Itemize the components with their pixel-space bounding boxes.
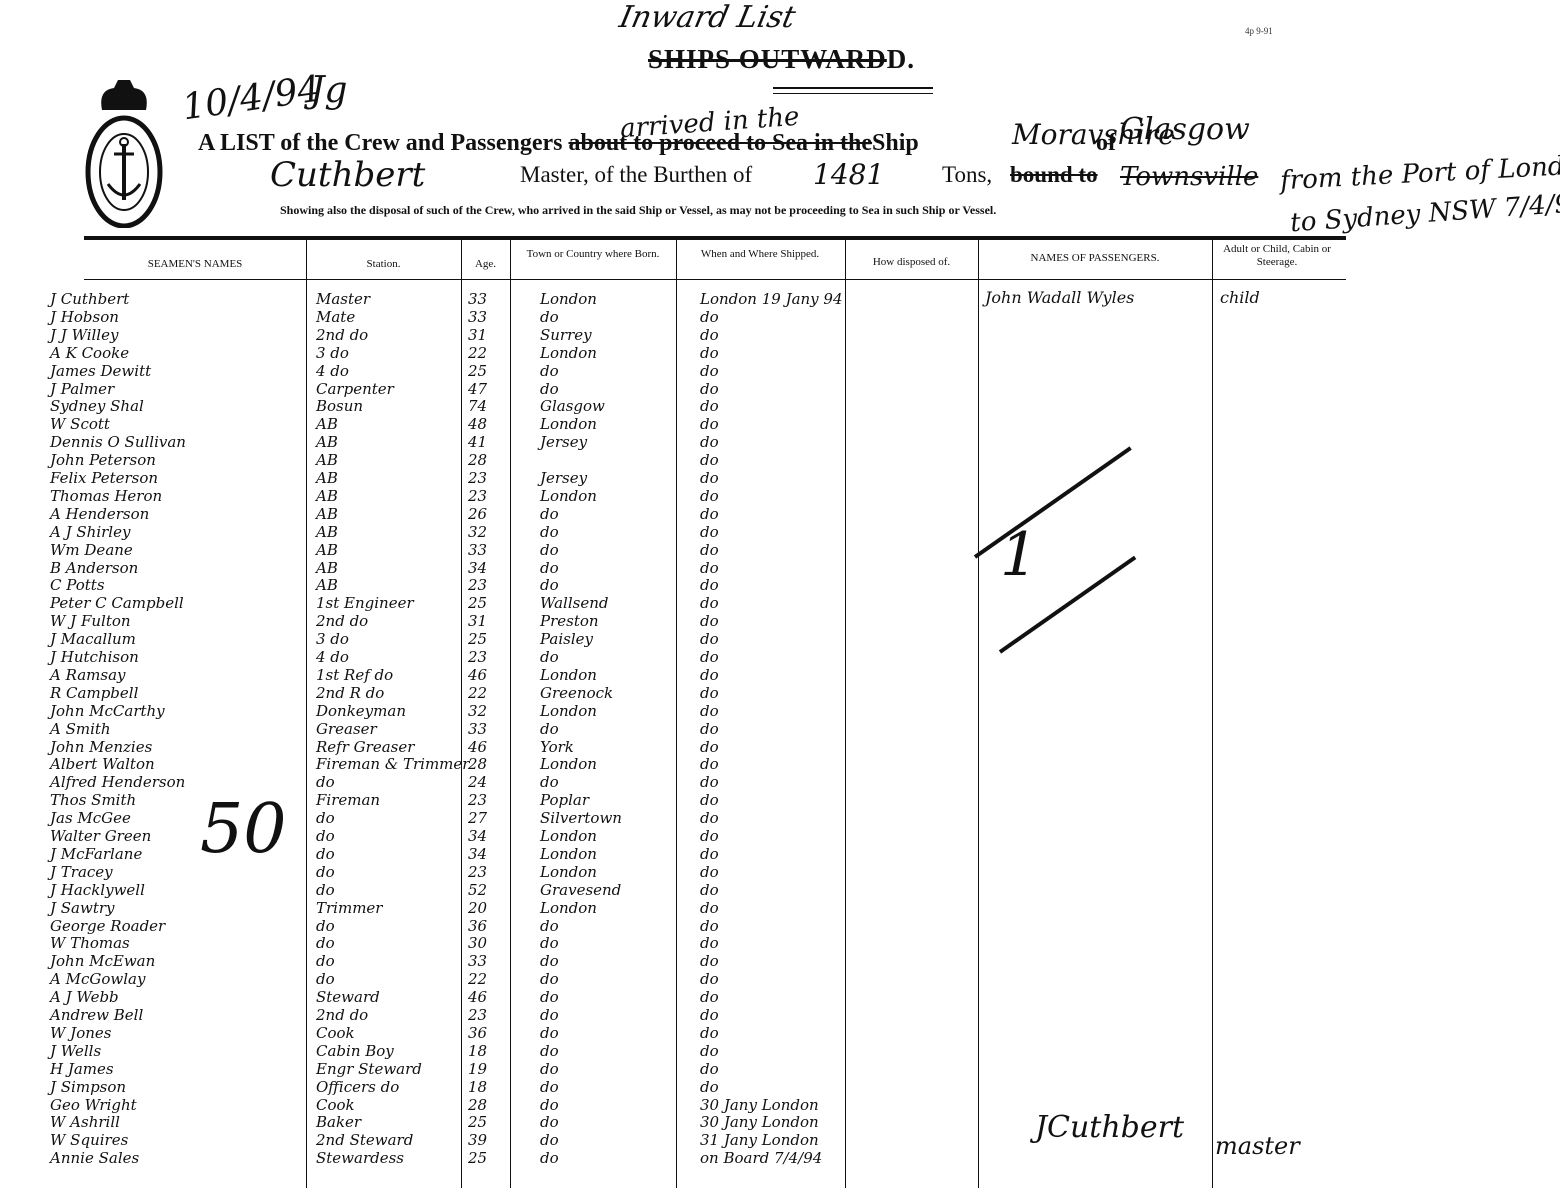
crew-shipped: do	[700, 881, 719, 899]
crew-born: York	[540, 738, 574, 756]
passenger-name: John Wadall Wyles	[985, 288, 1134, 307]
crew-name: W Jones	[50, 1024, 111, 1042]
heading-rule	[773, 87, 933, 94]
crew-shipped: do	[700, 899, 719, 917]
crew-shipped: do	[700, 755, 719, 773]
crew-shipped: do	[700, 433, 719, 451]
crew-name: Thos Smith	[50, 791, 136, 809]
crew-name: W Scott	[50, 415, 110, 433]
crew-age: 48	[468, 415, 487, 433]
crew-age: 23	[468, 469, 487, 487]
crew-born: do	[540, 541, 559, 559]
crew-station: do	[316, 863, 335, 881]
master-signature: Cuthbert	[270, 155, 425, 195]
crew-age: 25	[468, 630, 487, 648]
crew-shipped: do	[700, 934, 719, 952]
crew-name: J Macallum	[50, 630, 136, 648]
crew-station: 3 do	[316, 630, 349, 648]
crew-age: 22	[468, 970, 487, 988]
crew-name: W Squires	[50, 1131, 128, 1149]
column-divider	[510, 238, 511, 1188]
crew-shipped: London 19 Jany 94	[700, 290, 843, 308]
crew-name: Sydney Shal	[50, 397, 144, 415]
crew-age: 52	[468, 881, 487, 899]
crew-name: W Ashrill	[50, 1113, 120, 1131]
destination-struck: Townsville	[1120, 162, 1258, 192]
crew-name: James Dewitt	[50, 362, 151, 380]
crew-born: do	[540, 1113, 559, 1131]
crew-age: 34	[468, 559, 487, 577]
crew-station: AB	[316, 576, 338, 594]
crew-station: 1st Ref do	[316, 666, 393, 684]
crew-name: J Tracey	[50, 863, 113, 881]
crew-name: Wm Deane	[50, 541, 133, 559]
crew-born: do	[540, 1131, 559, 1149]
crew-name: Albert Walton	[50, 755, 155, 773]
crew-born: do	[540, 952, 559, 970]
burthen-label: Master, of the Burthen of	[520, 162, 752, 188]
crew-station: do	[316, 827, 335, 845]
crew-shipped: do	[700, 845, 719, 863]
crew-shipped: do	[700, 988, 719, 1006]
crew-name: J Cuthbert	[50, 290, 129, 308]
crew-born: London	[540, 827, 597, 845]
crew-name: J Hacklywell	[50, 881, 145, 899]
crew-station: AB	[316, 487, 338, 505]
crew-shipped: do	[700, 720, 719, 738]
crew-born: Paisley	[540, 630, 593, 648]
crew-station: 2nd do	[316, 1006, 368, 1024]
crew-age: 31	[468, 612, 487, 630]
list-title-line: A LIST of the Crew and Passengers about …	[198, 130, 919, 157]
crew-age: 23	[468, 648, 487, 666]
crew-station: 4 do	[316, 648, 349, 666]
crew-born: do	[540, 648, 559, 666]
crew-shipped: do	[700, 773, 719, 791]
crew-station: do	[316, 970, 335, 988]
crew-born: London	[540, 487, 597, 505]
crew-name: John Peterson	[50, 451, 156, 469]
crew-shipped: do	[700, 344, 719, 362]
crew-station: AB	[316, 559, 338, 577]
column-divider	[845, 238, 846, 1188]
crew-born: do	[540, 1096, 559, 1114]
column-divider	[461, 238, 462, 1188]
crew-station: Bosun	[316, 397, 363, 415]
crew-shipped: do	[700, 576, 719, 594]
list-title-prefix: A LIST of the Crew and Passengers	[198, 130, 562, 156]
closing-signature: JCuthbert	[1035, 1110, 1184, 1145]
crew-age: 18	[468, 1042, 487, 1060]
crew-age: 33	[468, 308, 487, 326]
crew-shipped: do	[700, 362, 719, 380]
col-header-station: Station.	[306, 258, 461, 271]
crew-station: Officers do	[316, 1078, 399, 1096]
crew-station: 3 do	[316, 344, 349, 362]
crew-station: 2nd do	[316, 612, 368, 630]
crew-shipped: do	[700, 666, 719, 684]
cancel-stroke	[974, 446, 1132, 558]
crew-age: 47	[468, 380, 487, 398]
crew-shipped: do	[700, 1060, 719, 1078]
crew-station: Greaser	[316, 720, 377, 738]
crew-born: do	[540, 362, 559, 380]
crew-shipped: do	[700, 863, 719, 881]
crew-station: AB	[316, 505, 338, 523]
crew-age: 23	[468, 487, 487, 505]
passenger-type: child	[1220, 288, 1260, 307]
crew-shipped: do	[700, 541, 719, 559]
crew-age: 22	[468, 684, 487, 702]
crew-shipped: do	[700, 612, 719, 630]
crew-age: 24	[468, 773, 487, 791]
crew-name: Peter C Campbell	[50, 594, 184, 612]
column-divider	[306, 238, 307, 1188]
page-heading: SHIPS OUTWARDD.	[648, 44, 915, 75]
crew-name: A Henderson	[50, 505, 149, 523]
crew-name: Felix Peterson	[50, 469, 158, 487]
crew-station: 2nd do	[316, 326, 368, 344]
crew-name: John Menzies	[50, 738, 152, 756]
crew-name: George Roader	[50, 917, 165, 935]
of-label: of	[1096, 130, 1116, 157]
crew-name: J Simpson	[50, 1078, 126, 1096]
crew-age: 28	[468, 1096, 487, 1114]
crew-station: Baker	[316, 1113, 361, 1131]
crew-shipped: do	[700, 684, 719, 702]
crew-shipped: do	[700, 505, 719, 523]
col-header-age: Age.	[461, 258, 510, 271]
crew-station: AB	[316, 415, 338, 433]
crew-station: do	[316, 917, 335, 935]
crew-age: 30	[468, 934, 487, 952]
crew-born: do	[540, 773, 559, 791]
crew-born: do	[540, 1042, 559, 1060]
crew-age: 33	[468, 541, 487, 559]
crew-age: 23	[468, 1006, 487, 1024]
crew-shipped: do	[700, 648, 719, 666]
crew-shipped: do	[700, 952, 719, 970]
crew-age: 36	[468, 917, 487, 935]
crew-station: Donkeyman	[316, 702, 406, 720]
crew-born: London	[540, 290, 597, 308]
heading-struck: SHIPS OUTWARD	[648, 44, 887, 74]
crew-age: 23	[468, 576, 487, 594]
crew-station: Master	[316, 290, 370, 308]
crew-name: Thomas Heron	[50, 487, 162, 505]
crew-shipped: do	[700, 917, 719, 935]
crew-station: do	[316, 934, 335, 952]
crew-name: R Campbell	[50, 684, 138, 702]
crew-shipped: do	[700, 559, 719, 577]
crew-name: Jas McGee	[50, 809, 131, 827]
crew-station: Carpenter	[316, 380, 394, 398]
crew-born: London	[540, 899, 597, 917]
crew-station: Cook	[316, 1096, 355, 1114]
tally-mark: 1	[1000, 520, 1038, 590]
crew-born: do	[540, 720, 559, 738]
crew-shipped: do	[700, 469, 719, 487]
crew-age: 32	[468, 523, 487, 541]
col-header-passengers: NAMES OF PASSENGERS.	[978, 252, 1212, 265]
crew-born: London	[540, 702, 597, 720]
crew-age: 20	[468, 899, 487, 917]
crew-name: J J Willey	[50, 326, 118, 344]
crew-name: A J Webb	[50, 988, 119, 1006]
crew-age: 34	[468, 845, 487, 863]
crew-shipped: do	[700, 415, 719, 433]
crew-name: J Hobson	[50, 308, 119, 326]
crew-born: Greenock	[540, 684, 613, 702]
crew-age: 23	[468, 791, 487, 809]
crew-shipped: 30 Jany London	[700, 1113, 819, 1131]
crew-age: 34	[468, 827, 487, 845]
crew-station: Fireman	[316, 791, 380, 809]
crew-born: Jersey	[540, 469, 587, 487]
crew-age: 31	[468, 326, 487, 344]
crew-shipped: do	[700, 630, 719, 648]
to-port-note: to Sydney NSW 7/4/94	[1289, 188, 1560, 239]
crew-shipped: 31 Jany London	[700, 1131, 819, 1149]
crew-shipped: do	[700, 594, 719, 612]
crew-station: Refr Greaser	[316, 738, 414, 756]
crew-station: Cook	[316, 1024, 355, 1042]
crew-born: Gravesend	[540, 881, 621, 899]
crew-name: A Smith	[50, 720, 111, 738]
crew-name: C Potts	[50, 576, 105, 594]
crew-age: 46	[468, 988, 487, 1006]
crew-name: W Thomas	[50, 934, 130, 952]
crew-name: J Palmer	[50, 380, 114, 398]
column-divider	[1212, 238, 1213, 1188]
crew-shipped: do	[700, 523, 719, 541]
crew-born: do	[540, 970, 559, 988]
column-divider	[676, 238, 677, 1188]
list-title-struck: about to proceed to Sea in the	[568, 130, 872, 156]
col-header-disposed: How disposed of.	[845, 256, 978, 269]
crew-born: do	[540, 576, 559, 594]
crew-shipped: 30 Jany London	[700, 1096, 819, 1114]
heading-end: D.	[887, 44, 915, 74]
crew-age: 36	[468, 1024, 487, 1042]
crew-shipped: do	[700, 791, 719, 809]
crew-station: AB	[316, 433, 338, 451]
crew-born: Jersey	[540, 433, 587, 451]
crew-name: J Hutchison	[50, 648, 139, 666]
crew-name: W J Fulton	[50, 612, 131, 630]
crew-born: Surrey	[540, 326, 592, 344]
crew-born: do	[540, 988, 559, 1006]
crew-shipped: do	[700, 1042, 719, 1060]
crew-station: Engr Steward	[316, 1060, 422, 1078]
crew-station: Fireman & Trimmer	[316, 755, 469, 773]
crew-born: Glasgow	[540, 397, 605, 415]
crew-station: Trimmer	[316, 899, 382, 917]
crew-station: 4 do	[316, 362, 349, 380]
crew-born: do	[540, 917, 559, 935]
col-header-born: Town or Country where Born.	[525, 248, 661, 261]
crew-name: Annie Sales	[50, 1149, 139, 1167]
crew-name: A McGowlay	[50, 970, 145, 988]
crew-born: London	[540, 863, 597, 881]
crew-born: do	[540, 1078, 559, 1096]
crew-name: A J Shirley	[50, 523, 130, 541]
crew-name: Andrew Bell	[50, 1006, 143, 1024]
crew-born: London	[540, 755, 597, 773]
crew-age: 26	[468, 505, 487, 523]
handwritten-title: Inward List	[616, 0, 798, 35]
ship-label: Ship	[872, 130, 919, 156]
crew-station: Stewardess	[316, 1149, 404, 1167]
crew-born: Silvertown	[540, 809, 622, 827]
crew-station: 2nd R do	[316, 684, 384, 702]
crew-born: do	[540, 505, 559, 523]
crew-shipped: do	[700, 738, 719, 756]
crew-name: John McEwan	[50, 952, 155, 970]
crew-age: 32	[468, 702, 487, 720]
crew-station: Steward	[316, 988, 380, 1006]
col-header-shipped: When and Where Shipped.	[690, 248, 830, 261]
table-top-rule	[84, 236, 1346, 240]
crew-age: 25	[468, 362, 487, 380]
disposal-note: Showing also the disposal of such of the…	[280, 203, 996, 218]
crew-age: 25	[468, 1149, 487, 1167]
crew-station: 2nd Steward	[316, 1131, 413, 1149]
crew-shipped: do	[700, 397, 719, 415]
crew-name: J Sawtry	[50, 899, 115, 917]
crew-shipped: do	[700, 487, 719, 505]
crew-born: Wallsend	[540, 594, 609, 612]
crew-born: do	[540, 1024, 559, 1042]
crew-age: 25	[468, 1113, 487, 1131]
crew-name: Alfred Henderson	[50, 773, 185, 791]
crew-name: A Ramsay	[50, 666, 126, 684]
crew-born: do	[540, 1006, 559, 1024]
crew-station: do	[316, 845, 335, 863]
col-header-adult-child: Adult or Child, Cabin or Steerage.	[1215, 243, 1339, 269]
crew-shipped: do	[700, 326, 719, 344]
column-divider	[978, 238, 979, 1188]
crew-born: London	[540, 344, 597, 362]
crew-age: 39	[468, 1131, 487, 1149]
crew-age: 33	[468, 720, 487, 738]
crew-station: do	[316, 773, 335, 791]
crew-station: do	[316, 881, 335, 899]
crew-age: 28	[468, 451, 487, 469]
crew-station: AB	[316, 523, 338, 541]
crew-age: 28	[468, 755, 487, 773]
crew-born: London	[540, 845, 597, 863]
crew-age: 33	[468, 290, 487, 308]
clerk-initials: Jg	[310, 70, 347, 111]
crew-shipped: do	[700, 702, 719, 720]
shipping-masters-seal-icon	[84, 80, 164, 228]
crew-shipped: do	[700, 1078, 719, 1096]
crew-born: Preston	[540, 612, 599, 630]
crew-station: Mate	[316, 308, 355, 326]
from-port-note: from the Port of London	[1279, 150, 1560, 197]
col-header-seamen-names: SEAMEN'S NAMES	[84, 258, 306, 271]
crew-shipped: do	[700, 809, 719, 827]
crew-station: Cabin Boy	[316, 1042, 394, 1060]
crew-age: 33	[468, 952, 487, 970]
form-number: 4p 9-91	[1245, 26, 1273, 36]
crew-station: do	[316, 809, 335, 827]
crew-station: do	[316, 952, 335, 970]
crew-name: Walter Green	[50, 827, 151, 845]
crew-born: do	[540, 934, 559, 952]
crew-station: AB	[316, 451, 338, 469]
crew-name: John McCarthy	[50, 702, 165, 720]
crew-born: do	[540, 1060, 559, 1078]
crew-name: H James	[50, 1060, 114, 1078]
crew-shipped: do	[700, 970, 719, 988]
closing-role: master	[1215, 1132, 1300, 1160]
crew-name: Geo Wright	[50, 1096, 137, 1114]
crew-born: do	[540, 1149, 559, 1167]
crew-age: 46	[468, 738, 487, 756]
crew-shipped: do	[700, 1006, 719, 1024]
crew-age: 23	[468, 863, 487, 881]
crew-born: London	[540, 415, 597, 433]
home-port: Glasgow	[1120, 112, 1250, 147]
crew-shipped: do	[700, 380, 719, 398]
crew-station: 1st Engineer	[316, 594, 414, 612]
crew-born: do	[540, 380, 559, 398]
crew-born: London	[540, 666, 597, 684]
crew-shipped: do	[700, 827, 719, 845]
crew-age: 27	[468, 809, 487, 827]
crew-age: 46	[468, 666, 487, 684]
bound-to-struck: bound to	[1010, 162, 1098, 188]
crew-name: B Anderson	[50, 559, 138, 577]
crew-born: do	[540, 308, 559, 326]
burthen-value: 1481	[813, 158, 884, 191]
date-note: 10/4/94	[180, 69, 323, 129]
crew-count: 50	[200, 790, 287, 869]
crew-name: J McFarlane	[50, 845, 142, 863]
crew-age: 41	[468, 433, 487, 451]
crew-shipped: do	[700, 451, 719, 469]
crew-age: 18	[468, 1078, 487, 1096]
crew-born: do	[540, 559, 559, 577]
crew-name: J Wells	[50, 1042, 101, 1060]
tons-label: Tons,	[942, 162, 992, 188]
crew-name: Dennis O Sullivan	[50, 433, 186, 451]
crew-born: do	[540, 523, 559, 541]
crew-shipped: do	[700, 308, 719, 326]
crew-shipped: do	[700, 1024, 719, 1042]
table-header-rule	[84, 279, 1346, 280]
crew-born: Poplar	[540, 791, 589, 809]
crew-name: A K Cooke	[50, 344, 129, 362]
crew-age: 25	[468, 594, 487, 612]
crew-station: AB	[316, 469, 338, 487]
crew-station: AB	[316, 541, 338, 559]
crew-age: 74	[468, 397, 487, 415]
crew-age: 19	[468, 1060, 487, 1078]
crew-shipped: on Board 7/4/94	[700, 1149, 822, 1167]
crew-age: 22	[468, 344, 487, 362]
